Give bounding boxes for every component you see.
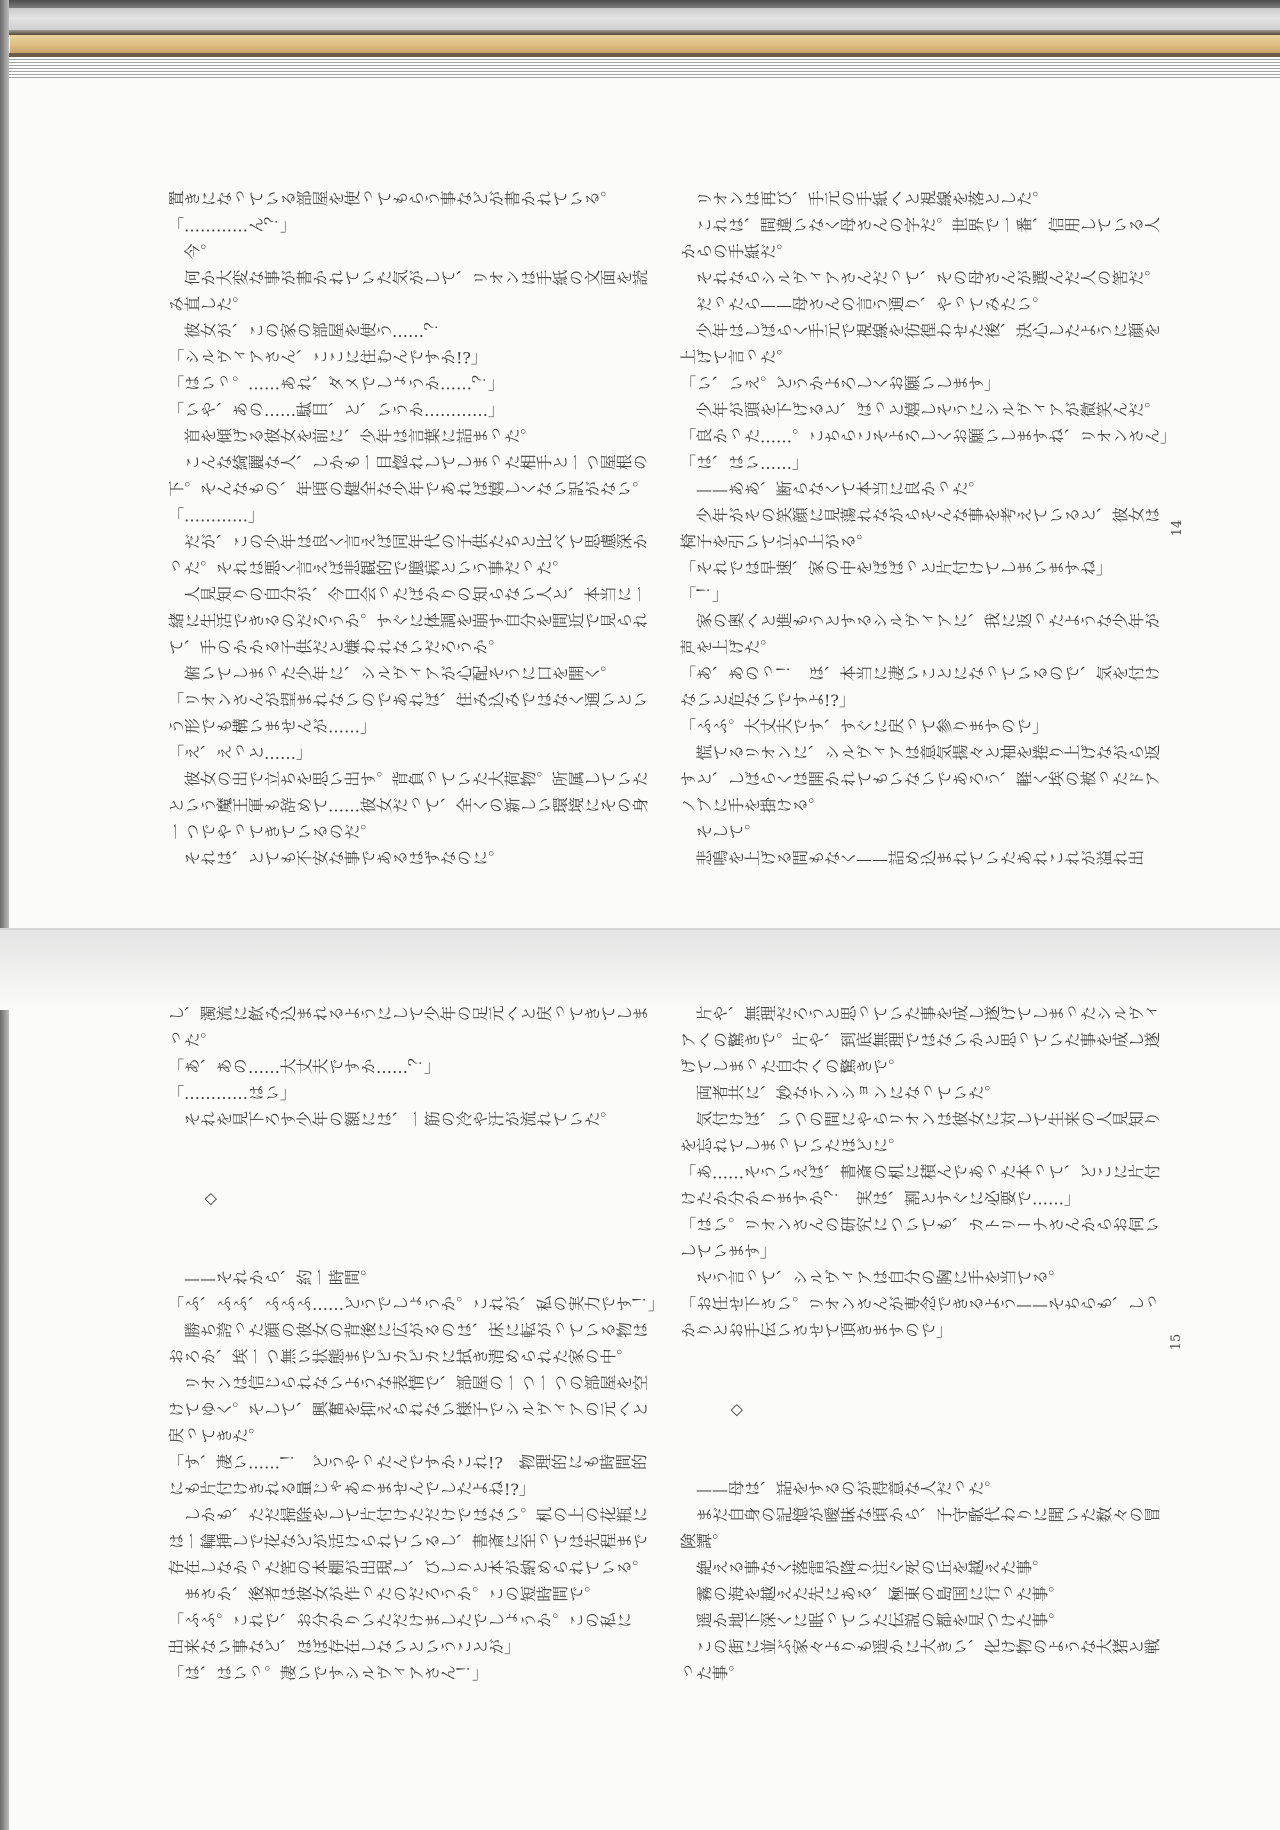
text-line: まさか、後者は彼女が作ったのだろうか。この短時間で。: [168, 1582, 652, 1608]
text-line: ——ああ、断らなくて本当に良かった。: [680, 477, 1164, 503]
text-line: った事。: [680, 1661, 1164, 1687]
text-line: 家の奥へと進もうとするシルヴィアに、我に返ったような少年が: [680, 609, 1164, 635]
text-line: リオンは信じられないような表情で、部屋の一つ一つの部屋を空: [168, 1371, 652, 1397]
dialogue-line: 「それでは早速、家の中をぱぱっと片付けてしまいますね」: [680, 556, 1164, 582]
text-line: この街に並ぶ家々よりも遥かに大きい、化け物のような大猪と戦: [680, 1635, 1164, 1661]
dialogue-line: 「ふ、ふふ、ふふふ……どうでしょうか。これが、私の実力です！」: [168, 1292, 652, 1318]
text-line: リオンは再び、手元の手紙へと視線を落とした。: [680, 187, 1164, 213]
text-line: 今。: [168, 240, 652, 266]
text-line: かりとお手伝いさせて頂きますので」: [680, 1319, 1164, 1345]
dialogue-line: 「え、えっと……」: [168, 741, 652, 767]
text-line: 勝ち誇った顔の彼女の背後に広がるのは、床に転がっている物は: [168, 1319, 652, 1345]
dialogue-line: 「…………」: [168, 504, 652, 530]
dialogue-line: 「いや、あの……駄目、と、いうか…………」: [168, 398, 652, 424]
dialogue-line: 「す、凄い……！ どうやったんですかこれ!? 物理的にも時間的: [168, 1450, 652, 1476]
page-number: 15: [1169, 1333, 1185, 1351]
dialogue-line: 「…………ん？」: [168, 213, 652, 239]
text-line: 霧の海を越えた先にある、極東の島国に行った事。: [680, 1582, 1164, 1608]
stacked-page-edges: [4, 57, 1280, 78]
text-line: 悲鳴を上げる間もなく——詰め込まれていたあれこれが溢れ出: [680, 846, 1164, 872]
text-line: ——母は、話をするのが得意な人だった。: [680, 1477, 1164, 1503]
page-15-lower-tier: 片や、無理だろうと思っていた事を成し遂げてしまったシルヴィ アへの驚きで。片や、…: [680, 1002, 1164, 1688]
dialogue-line: 「あ、あの……大丈夫ですか……？」: [168, 1055, 652, 1081]
text-line: ノブに手を掛ける。: [680, 794, 1164, 820]
dialogue-line: 「！」: [680, 583, 1164, 609]
text-line: 緒に生活できるのだろうか。すぐに体調を崩す自分を間近で見られ: [168, 609, 652, 635]
text-line: 声を上げた。: [680, 635, 1164, 661]
text-line: それは、とても不安な事であるはずなのに。: [168, 846, 652, 872]
dialogue-line: 「ふふ。大丈夫です、すぐに戻って参りますので」: [680, 715, 1164, 741]
text-line: けたか分かりますか？ 実は、割とすぐに必要で……」: [680, 1187, 1164, 1213]
text-line: 片や、無理だろうと思っていた事を成し遂げてしまったシルヴィ: [680, 1002, 1164, 1028]
text-line: 両者共に、妙なテンションになっていた。: [680, 1081, 1164, 1107]
text-line: を忘れてしまっていたほどに。: [680, 1134, 1164, 1160]
text-line: まだ自身の記憶が曖昧な頃から、子守歌代わりに聞いた数々の冒: [680, 1503, 1164, 1529]
text-line: 上げて言った。: [680, 345, 1164, 371]
text-line: おろか、埃一つ無い状態までピカピカに拭き清められた家の中。: [168, 1345, 652, 1371]
blank-line: [680, 1450, 1164, 1476]
text-line: これは、間違いなく母さんの字だ。世界で一番、信用している人: [680, 213, 1164, 239]
dialogue-line: 「…………はい」: [168, 1081, 652, 1107]
dialogue-line: 「い、いえ。どうかよろしくお願いします」: [680, 372, 1164, 398]
page-14-upper-tier: 置きになっている部屋を使ってもらう事などが書かれている。 「…………ん？」 今。…: [168, 187, 652, 873]
text-line: けてゆく。そして、興奮を抑えられない様子でシルヴィアの元へと: [168, 1398, 652, 1424]
text-line: 遥か地下深くに眠っていた伝説の都を見つけた事。: [680, 1609, 1164, 1635]
text-line: だが、この少年は良く言えば同年代の子供たちと比べて思慮深か: [168, 530, 652, 556]
dialogue-line: 「は、はい……」: [680, 451, 1164, 477]
text-line: そして。: [680, 820, 1164, 846]
text-column-block: 置きになっている部屋を使ってもらう事などが書かれている。 「…………ん？」 今。…: [168, 187, 652, 873]
dialogue-line: 「良かった……。こちらこそよろしくお願いしますね、リオンさん」: [680, 424, 1164, 450]
text-line: すと、しばらくは開かれてもいないであろう、軽く埃の被ったドア: [680, 767, 1164, 793]
scanner-bed-strip: [0, 8, 1280, 30]
book-cover-edge: [10, 35, 1280, 53]
blank-line: [168, 1134, 652, 1160]
page-14-lower-tier: リオンは再び、手元の手紙へと視線を落とした。 これは、間違いなく母さんの字だ。世…: [680, 187, 1164, 873]
blank-line: [680, 1424, 1164, 1450]
text-line: った。: [168, 1028, 652, 1054]
text-line: 椅子を引いて立ち上がる。: [680, 530, 1164, 556]
dialogue-line: 「シルヴィアさん、ここに住むんですか!?」: [168, 345, 652, 371]
text-line: 彼女の出で立ちを思い出す。背負っていた大荷物。所属していた: [168, 767, 652, 793]
text-line: しています」: [680, 1239, 1164, 1265]
text-column-block: し、濁流に飲み込まれるようにして少年の足元へと戻ってきてしま った。 「あ、あの…: [168, 1002, 652, 1688]
text-line: 絶える事なく落雷が降り注ぐ死の丘を越えた事。: [680, 1556, 1164, 1582]
spine-fold-shadow: [0, 930, 1280, 1010]
text-line: 人見知りの自分が、今日会ったばかりの知らない人と、本当に一: [168, 583, 652, 609]
text-line: 気付けば、いつの間にやらリオンは彼女に対して生来の人見知り: [680, 1108, 1164, 1134]
dialogue-line: 「はいっ。……あれ、ダメでしょうか……？」: [168, 372, 652, 398]
scan-left-border: [0, 0, 9, 1830]
blank-line: [168, 1160, 652, 1186]
page-number: 14: [1170, 519, 1186, 537]
blank-line: [168, 1239, 652, 1265]
text-line: げてしまった自分への驚きで。: [680, 1055, 1164, 1081]
text-column-block: 片や、無理だろうと思っていた事を成し遂げてしまったシルヴィ アへの驚きで。片や、…: [680, 1002, 1164, 1688]
text-line: み直した。: [168, 293, 652, 319]
text-line: 一つでやってきているのだ。: [168, 820, 652, 846]
text-line: そう言って、シルヴィアは自分の胸に手を当てる。: [680, 1266, 1164, 1292]
text-line: ないと危ないですよ!?」: [680, 688, 1164, 714]
text-line: 戻ってきた。: [168, 1424, 652, 1450]
blank-line: [680, 1345, 1164, 1371]
text-line: ——それから、約一時間。: [168, 1266, 652, 1292]
text-line: て、手のかかる子供だと嫌われないだろうか。: [168, 635, 652, 661]
text-line: 首を傾げる彼女を前に、少年は言葉に詰まった。: [168, 424, 652, 450]
dialogue-line: 「は、はいっ。凄いですシルヴィアさん！」: [168, 1661, 652, 1687]
text-line: は一輪挿しで花などが活けられているし、書斎に至っては先程まで: [168, 1530, 652, 1556]
text-line: からの手紙だ。: [680, 240, 1164, 266]
text-line: し、濁流に飲み込まれるようにして少年の足元へと戻ってきてしま: [168, 1002, 652, 1028]
text-line: 少年がその笑顔に見蕩れながらそんな事を考えていると、彼女は: [680, 504, 1164, 530]
text-line: それを見下ろす少年の額には、一筋の冷や汗が流れていた。: [168, 1108, 652, 1134]
text-line: 慌てるリオンに、シルヴィアは意気揚々と袖を捲り上げながら返: [680, 741, 1164, 767]
text-line: 険譚。: [680, 1530, 1164, 1556]
dialogue-line: 「お任せ下さい。リオンさんが専念できるよう——そちらも、しっ: [680, 1292, 1164, 1318]
text-line: 置きになっている部屋を使ってもらう事などが書かれている。: [168, 187, 652, 213]
text-line: 少年はしばらく手元で視線を彷徨わせた後、決心したように顔を: [680, 319, 1164, 345]
text-line: った。それは悪く言えば悲観的で臆病という事だった。: [168, 556, 652, 582]
text-line: という魔王軍も辞めて……彼女だって、全くの新しい環境にその身: [168, 794, 652, 820]
scene-break-diamond-icon: ◇: [168, 1187, 652, 1213]
text-line: だったら——母さんの言う通り、やってみたい。: [680, 293, 1164, 319]
text-line: 何か大変な事が書かれていた気がして、リオンは手紙の文面を読: [168, 266, 652, 292]
dialogue-line: 「リオンさんが望まれないのであれば、住み込みではなく通いとい: [168, 688, 652, 714]
text-line: 存在しなかった筈の本棚が出現し、びしりと本が納められている。: [168, 1556, 652, 1582]
text-line: 彼女が、この家の部屋を使う……？: [168, 319, 652, 345]
blank-line: [680, 1371, 1164, 1397]
text-line: 少年が頭を下げると、ぱっと嬉しそうにシルヴィアが微笑んだ。: [680, 398, 1164, 424]
text-line: 出来ない事など、ほぼ存在しないということが」: [168, 1635, 652, 1661]
text-line: こんな綺麗な人、しかも一目惚れしてしまった相手と一つ屋根の: [168, 451, 652, 477]
text-line: しかも、ただ掃除をして片付けただけではない。机の上の花瓶に: [168, 1503, 652, 1529]
dialogue-line: 「あ……そういえば、書斎の机に積んであった本って、どこに片付: [680, 1160, 1164, 1186]
text-line: アへの驚きで。片や、到底無理ではないかと思っていた事を成し遂: [680, 1028, 1164, 1054]
text-line: 俯いてしまった少年に、シルヴィアが心配そうに口を開く。: [168, 662, 652, 688]
text-line: う形でも構いませんが……」: [168, 715, 652, 741]
page-15-upper-tier: し、濁流に飲み込まれるようにして少年の足元へと戻ってきてしま った。 「あ、あの…: [168, 1002, 652, 1688]
blank-line: [168, 1213, 652, 1239]
text-column-block: リオンは再び、手元の手紙へと視線を落とした。 これは、間違いなく母さんの字だ。世…: [680, 187, 1164, 873]
text-line: 下。そんなもの、年頃の健全な少年であれば嬉しくない訳がない。: [168, 477, 652, 503]
text-line: それならシルヴィアさんだって、その母さんが選んだ人の筈だ。: [680, 266, 1164, 292]
scene-break-diamond-icon: ◇: [680, 1398, 1164, 1424]
dialogue-line: 「あ、あのっ！ ほ、本当に凄いことになっているので、気を付け: [680, 662, 1164, 688]
dialogue-line: 「ふふ。これで、お分かりいただけましたでしょうか。この私に: [168, 1609, 652, 1635]
dialogue-line: 「はい。リオンさんの研究についても、カトリーナさんからお伺い: [680, 1213, 1164, 1239]
text-line: にも片付けきれる量じゃありませんでしたよね!?」: [168, 1477, 652, 1503]
scanner-lid-edge: [0, 0, 1280, 8]
